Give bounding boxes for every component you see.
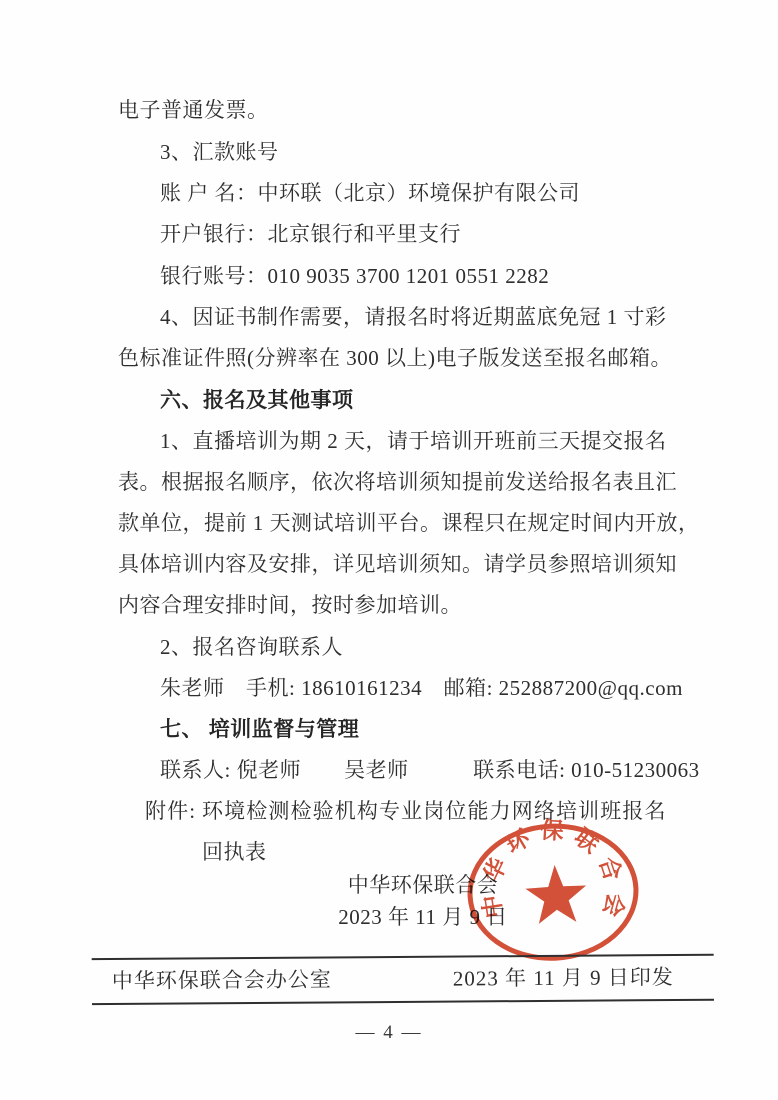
line-photo-req-2: 色标准证件照(分辨率在 300 以上)电子版发送至报名邮箱。 xyxy=(118,344,666,372)
footer-issue-date: 2023 年 11 月 9 日印发 xyxy=(387,961,674,993)
heading-section-7: 七、 培训监督与管理 xyxy=(118,715,666,743)
heading-section-6: 六、报名及其他事项 xyxy=(118,386,666,414)
line-training-note-3: 款单位，提前 1 天测试培训平台。课程只在规定时间内开放， xyxy=(118,509,666,537)
line-account-name: 账 户 名：中环联（北京）环境保护有限公司 xyxy=(118,179,666,207)
line-supervisor-contacts: 联系人: 倪老师 吴老师 联系电话: 010-51230063 xyxy=(118,756,666,784)
line-photo-req-1: 4、因证书制作需要，请报名时将近期蓝底免冠 1 寸彩 xyxy=(118,303,666,331)
line-contact-info: 朱老师 手机: 18610161234 邮箱: 252887200@qq.com xyxy=(118,674,666,702)
line-contact-heading: 2、报名咨询联系人 xyxy=(118,633,666,661)
line-remit-heading: 3、汇款账号 xyxy=(118,138,666,166)
footer-rule-bottom xyxy=(92,999,714,1005)
footer-issuing-office: 中华环保联合会办公室 xyxy=(112,963,332,995)
line-training-note-4: 具体培训内容及安排，详见培训须知。请学员参照培训须知 xyxy=(118,550,666,578)
document-page: 电子普通发票。 3、汇款账号 账 户 名：中环联（北京）环境保护有限公司 开户银… xyxy=(0,0,778,1100)
star-icon xyxy=(524,863,588,924)
page-number: — 4 — xyxy=(0,1022,778,1044)
line-training-note-2: 表。根据报名顺序，依次将培训须知提前发送给报名表且汇 xyxy=(118,468,666,496)
line-account-number: 银行账号：010 9035 3700 1201 0551 2282 xyxy=(118,262,666,290)
line-invoice-note: 电子普通发票。 xyxy=(118,96,666,124)
official-seal: 中华环保联合会 xyxy=(456,807,656,977)
line-bank-name: 开户银行：北京银行和平里支行 xyxy=(118,220,666,248)
line-training-note-5: 内容合理安排时间，按时参加培训。 xyxy=(118,591,666,619)
line-training-note-1: 1、直播培训为期 2 天，请于培训开班前三天提交报名 xyxy=(118,427,666,455)
